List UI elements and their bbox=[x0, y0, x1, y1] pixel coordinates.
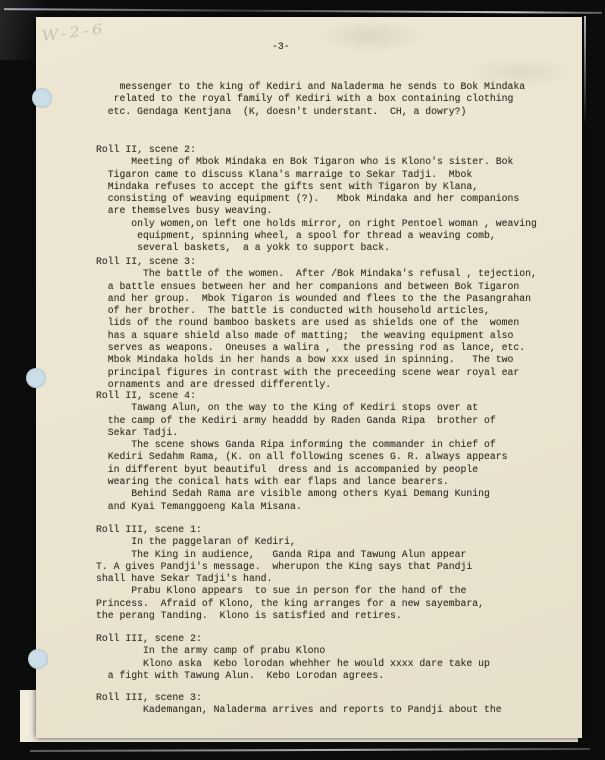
section-roll-ii-scene-3: Roll II, scene 3: The battle of the wome… bbox=[96, 256, 537, 391]
paragraph-intro: messenger to the king of Kediri and Nala… bbox=[96, 81, 525, 118]
punch-hole bbox=[26, 368, 46, 388]
punch-hole bbox=[28, 649, 48, 669]
pencil-annotation: W-2-6 bbox=[41, 21, 106, 45]
glass-glare-bottom bbox=[30, 748, 590, 752]
section-roll-iii-scene-2: Roll III, scene 2: In the army camp of p… bbox=[96, 633, 490, 682]
glass-glare-top bbox=[4, 8, 602, 14]
section-roll-ii-scene-4: Roll II, scene 4: Tawang Alun, on the wa… bbox=[96, 390, 508, 513]
section-roll-iii-scene-3: Roll III, scene 3: Kademangan, Naladerma… bbox=[96, 692, 502, 717]
punch-hole bbox=[32, 88, 52, 108]
glass-glare-right bbox=[584, 16, 586, 126]
section-roll-iii-scene-1: Roll III, scene 1: In the paggelaran of … bbox=[96, 524, 484, 622]
typewritten-page: W-2-6 -3- messenger to the king of Kedir… bbox=[36, 17, 582, 738]
paper-smudge bbox=[316, 19, 426, 53]
page-number: -3- bbox=[272, 41, 290, 52]
section-roll-ii-scene-2: Roll II, scene 2: Meeting of Mbok Mindak… bbox=[96, 144, 537, 255]
photographed-document-scan: W-2-6 -3- messenger to the king of Kedir… bbox=[0, 0, 605, 760]
